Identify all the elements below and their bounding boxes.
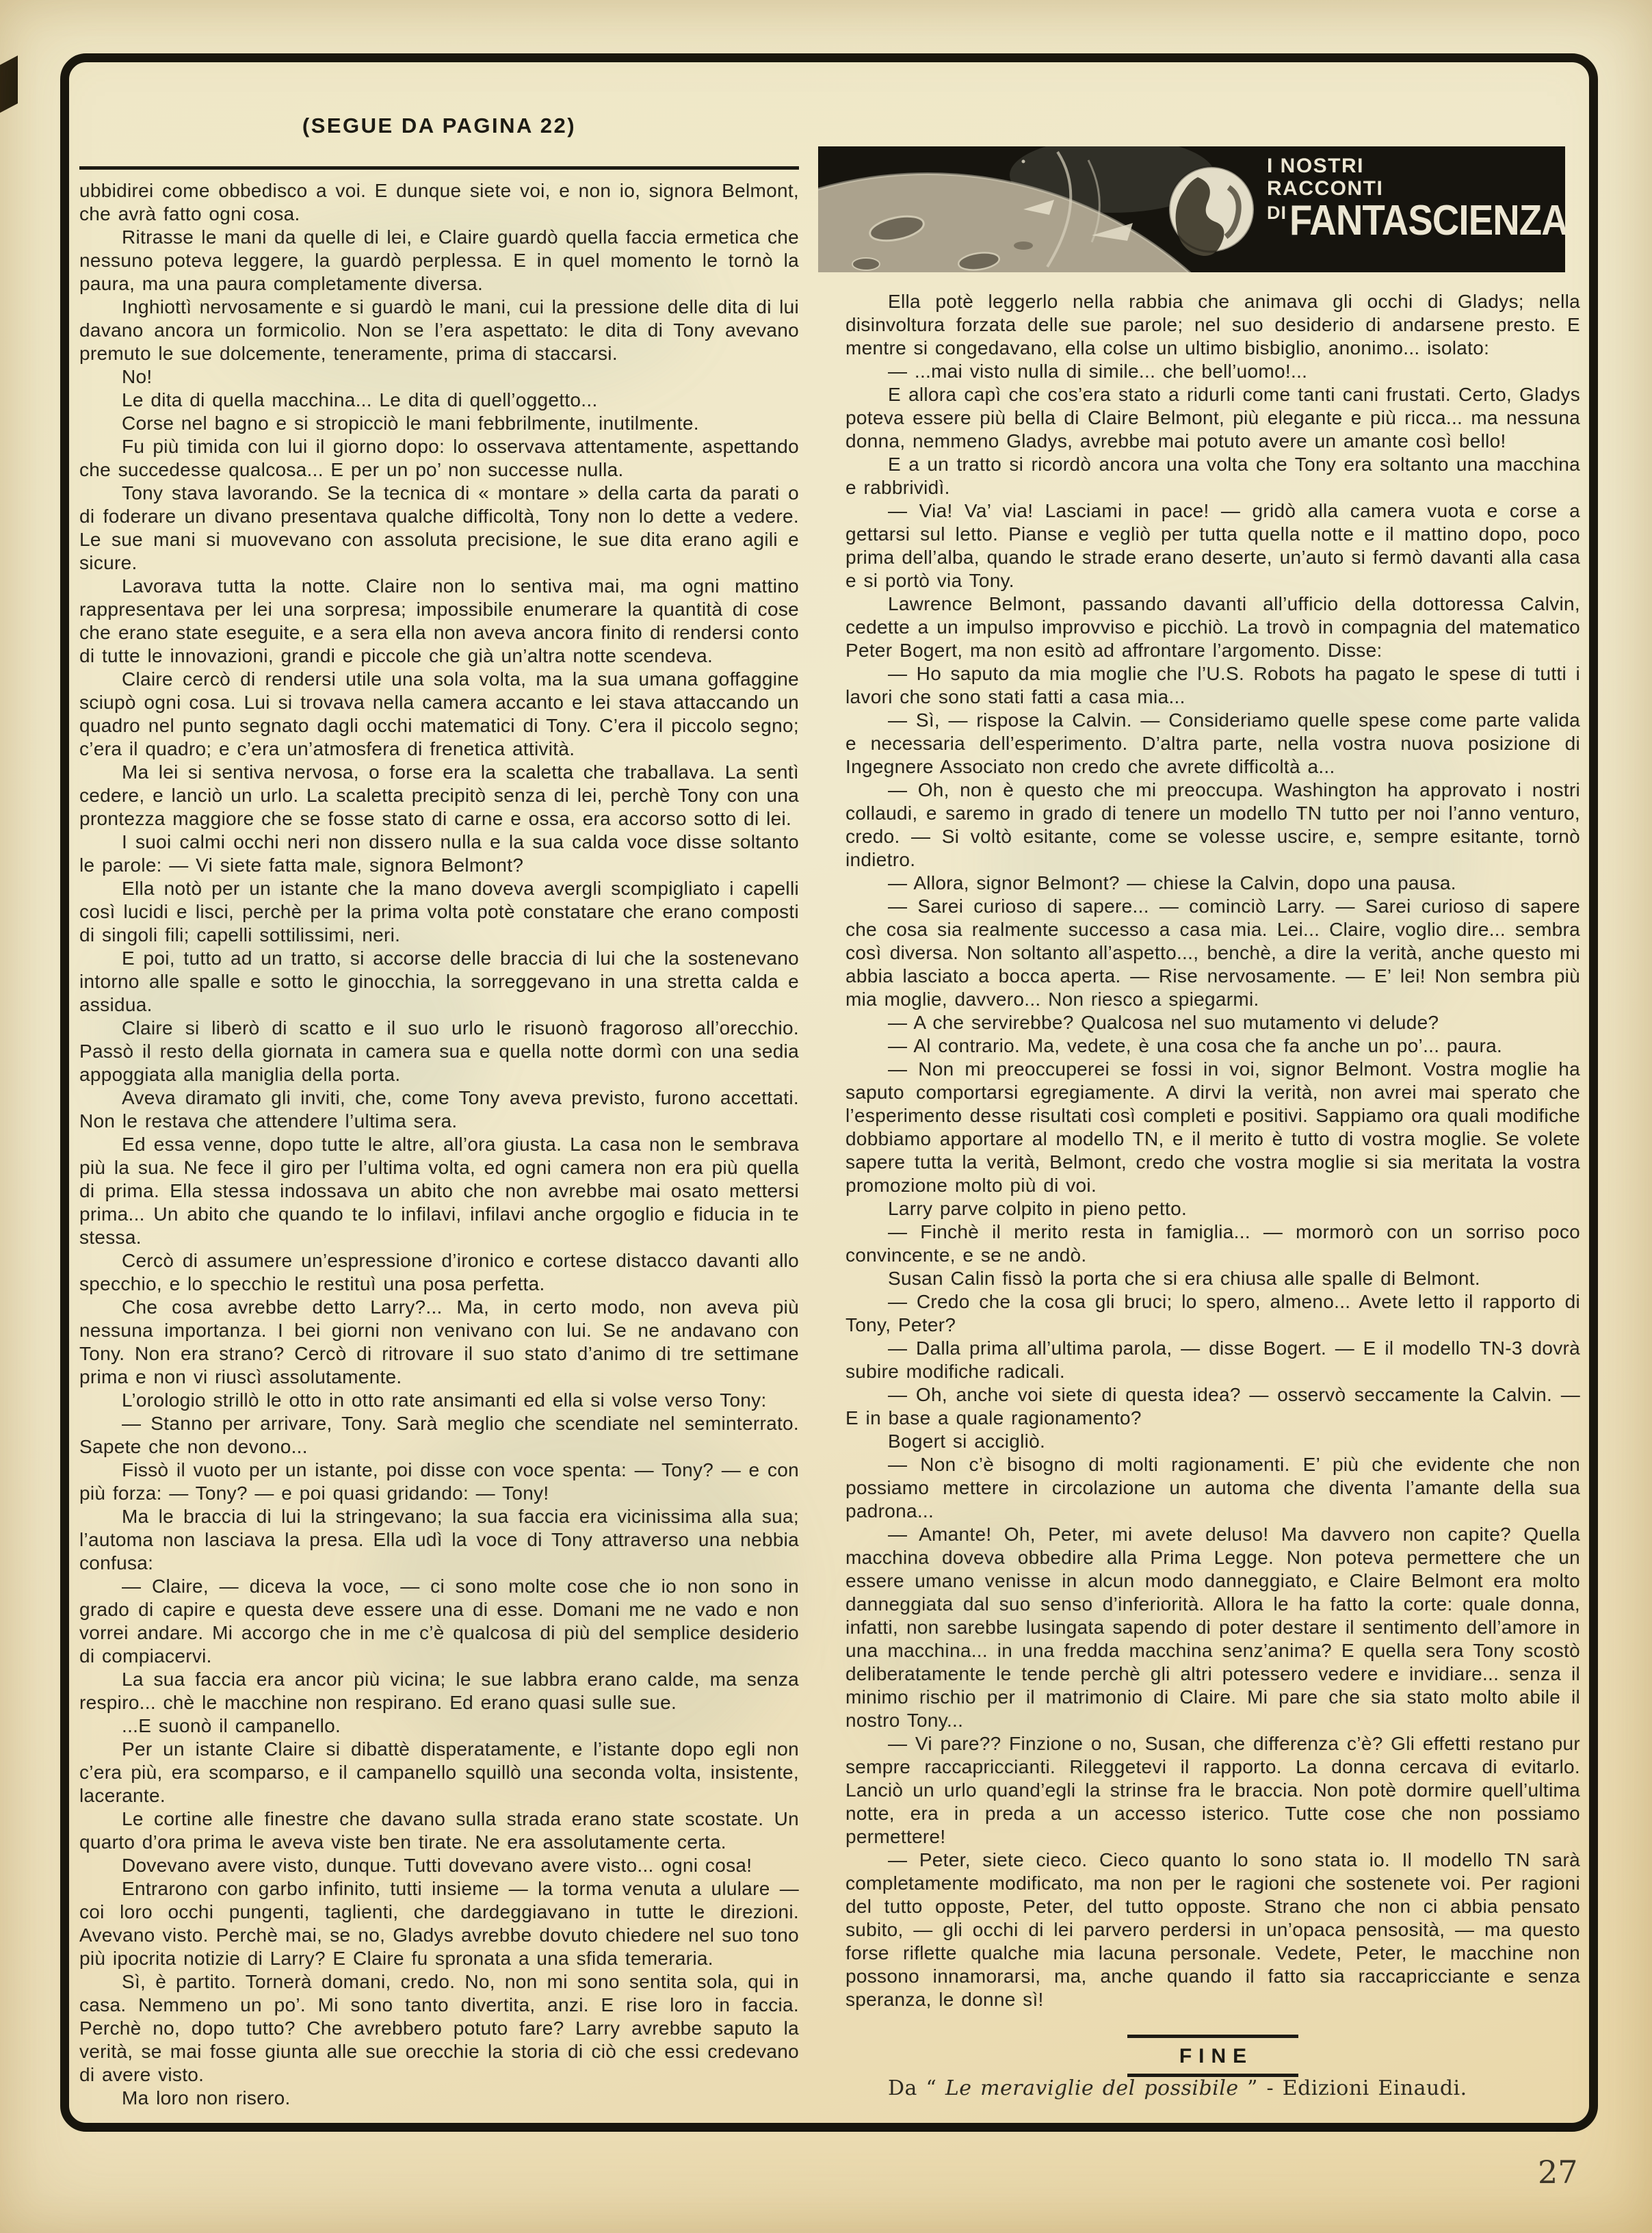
banner-line-1: I NOSTRI [1267, 155, 1565, 177]
story-paragraph: — Dalla prima all’ultima parola, — disse… [845, 1337, 1580, 1383]
source-suffix: ” - Edizioni Einaudi. [1239, 2076, 1467, 2100]
story-paragraph: — Non mi preoccuperei se fossi in voi, s… [845, 1058, 1580, 1197]
page-number: 27 [1538, 2154, 1578, 2191]
story-paragraph: — Vi pare?? Finzione o no, Susan, che di… [845, 1732, 1580, 1849]
fine-label: FINE [845, 2038, 1580, 2074]
story-paragraph: No! [79, 365, 799, 389]
story-paragraph: — Via! Va’ via! Lasciami in pace! — grid… [845, 499, 1580, 592]
story-paragraph: I suoi calmi occhi neri non dissero null… [79, 831, 799, 877]
story-paragraph: Sì, è partito. Tornerà domani, credo. No… [79, 1970, 799, 2087]
story-paragraph: Susan Calin fissò la porta che si era ch… [845, 1267, 1580, 1290]
fantascienza-banner: I NOSTRI RACCONTI DI FANTASCIENZA [818, 146, 1565, 272]
story-paragraph: Inghiottì nervosamente e si guardò le ma… [79, 296, 799, 365]
story-paragraph: Ma lei si sentiva nervosa, o forse era l… [79, 761, 799, 831]
story-paragraph: Fissò il vuoto per un istante, poi disse… [79, 1459, 799, 1505]
story-paragraph: Aveva diramato gli inviti, che, come Ton… [79, 1086, 799, 1133]
story-paragraph: ubbidirei come obbedisco a voi. E dunque… [79, 179, 799, 226]
left-column: ubbidirei come obbedisco a voi. E dunque… [79, 179, 799, 2110]
right-column-text: Ella potè leggerlo nella rabbia che anim… [845, 290, 1580, 2011]
banner-line-4: FANTASCIENZA [1289, 201, 1565, 241]
story-paragraph: Ma loro non risero. [79, 2087, 799, 2110]
story-paragraph: — Sarei curioso di sapere... — cominciò … [845, 895, 1580, 1011]
header-divider [79, 166, 799, 170]
story-paragraph: La sua faccia era ancor più vicina; le s… [79, 1668, 799, 1714]
story-paragraph: Lavorava tutta la notte. Claire non lo s… [79, 575, 799, 668]
story-paragraph: Tony stava lavorando. Se la tecnica di «… [79, 482, 799, 575]
story-paragraph: — Finchè il merito resta in famiglia... … [845, 1220, 1580, 1267]
story-paragraph: Ella potè leggerlo nella rabbia che anim… [845, 290, 1580, 360]
story-paragraph: Ella notò per un istante che la mano dov… [79, 877, 799, 947]
story-paragraph: Bogert si accigliò. [845, 1430, 1580, 1453]
story-paragraph: ...E suonò il campanello. [79, 1714, 799, 1738]
space-scene-illustration [818, 146, 1270, 272]
story-paragraph: Ritrasse le mani da quelle di lei, e Cla… [79, 226, 799, 296]
story-paragraph: Le dita di quella macchina... Le dita di… [79, 389, 799, 412]
story-paragraph: — Al contrario. Ma, vedete, è una cosa c… [845, 1034, 1580, 1058]
story-end-block: FINE [845, 2035, 1580, 2077]
source-title: Le meraviglie del possibile [945, 2076, 1239, 2100]
story-paragraph: — Oh, anche voi siete di questa idea? — … [845, 1383, 1580, 1430]
story-paragraph: Entrarono con garbo infinito, tutti insi… [79, 1877, 799, 1970]
story-paragraph: Larry parve colpito in pieno petto. [845, 1197, 1580, 1220]
story-paragraph: Le cortine alle finestre che davano sull… [79, 1807, 799, 1854]
story-paragraph: — Credo che la cosa gli bruci; lo spero,… [845, 1290, 1580, 1337]
story-paragraph: E poi, tutto ad un tratto, si accorse de… [79, 947, 799, 1017]
story-paragraph: Dovevano avere visto, dunque. Tutti dove… [79, 1854, 799, 1877]
source-prefix: Da “ [888, 2076, 945, 2100]
scan-artifact [0, 55, 18, 113]
story-paragraph: — Oh, non è questo che mi preoccupa. Was… [845, 779, 1580, 872]
story-paragraph: Corse nel bagno e si stropicciò le mani … [79, 412, 799, 435]
story-paragraph: Fu più timida con lui il giorno dopo: lo… [79, 435, 799, 482]
story-paragraph: — Ho saputo da mia moglie che l’U.S. Rob… [845, 662, 1580, 709]
story-paragraph: — Allora, signor Belmont? — chiese la Ca… [845, 872, 1580, 895]
story-paragraph: Ma le braccia di lui la stringevano; la … [79, 1505, 799, 1575]
right-column: Ella potè leggerlo nella rabbia che anim… [845, 290, 1580, 2100]
continuation-note: (SEGUE DA PAGINA 22) [79, 114, 799, 138]
story-paragraph: — Amante! Oh, Peter, mi avete deluso! Ma… [845, 1523, 1580, 1732]
story-paragraph: Claire si liberò di scatto e il suo urlo… [79, 1017, 799, 1086]
story-paragraph: — ...mai visto nulla di simile... che be… [845, 360, 1580, 383]
story-paragraph: — A che servirebbe? Qualcosa nel suo mut… [845, 1011, 1580, 1034]
story-paragraph: — Stanno per arrivare, Tony. Sarà meglio… [79, 1412, 799, 1459]
story-paragraph: — Sì, — rispose la Calvin. — Consideriam… [845, 709, 1580, 779]
story-paragraph: Cercò di assumere un’espressione d’ironi… [79, 1249, 799, 1296]
story-paragraph: — Non c’è bisogno di molti ragionamenti.… [845, 1453, 1580, 1523]
story-paragraph: L’orologio strillò le otto in otto rate … [79, 1389, 799, 1412]
story-paragraph: Per un istante Claire si dibattè dispera… [79, 1738, 799, 1807]
story-paragraph: Lawrence Belmont, passando davanti all’u… [845, 592, 1580, 662]
story-paragraph: — Peter, siete cieco. Cieco quanto lo so… [845, 1849, 1580, 2011]
source-credit: Da “ Le meraviglie del possibile ” - Edi… [845, 2077, 1580, 2100]
story-paragraph: Che cosa avrebbe detto Larry?... Ma, in … [79, 1296, 799, 1389]
banner-title: I NOSTRI RACCONTI DI FANTASCIENZA [1267, 155, 1565, 241]
story-paragraph: E a un tratto si ricordò ancora una volt… [845, 453, 1580, 499]
story-paragraph: — Claire, — diceva la voce, — ci sono mo… [79, 1575, 799, 1668]
story-paragraph: E allora capì che cos’era stato a ridurl… [845, 383, 1580, 453]
story-paragraph: Ed essa venne, dopo tutte le altre, all’… [79, 1133, 799, 1249]
banner-line-3: DI [1267, 203, 1287, 224]
story-paragraph: Claire cercò di rendersi utile una sola … [79, 668, 799, 761]
